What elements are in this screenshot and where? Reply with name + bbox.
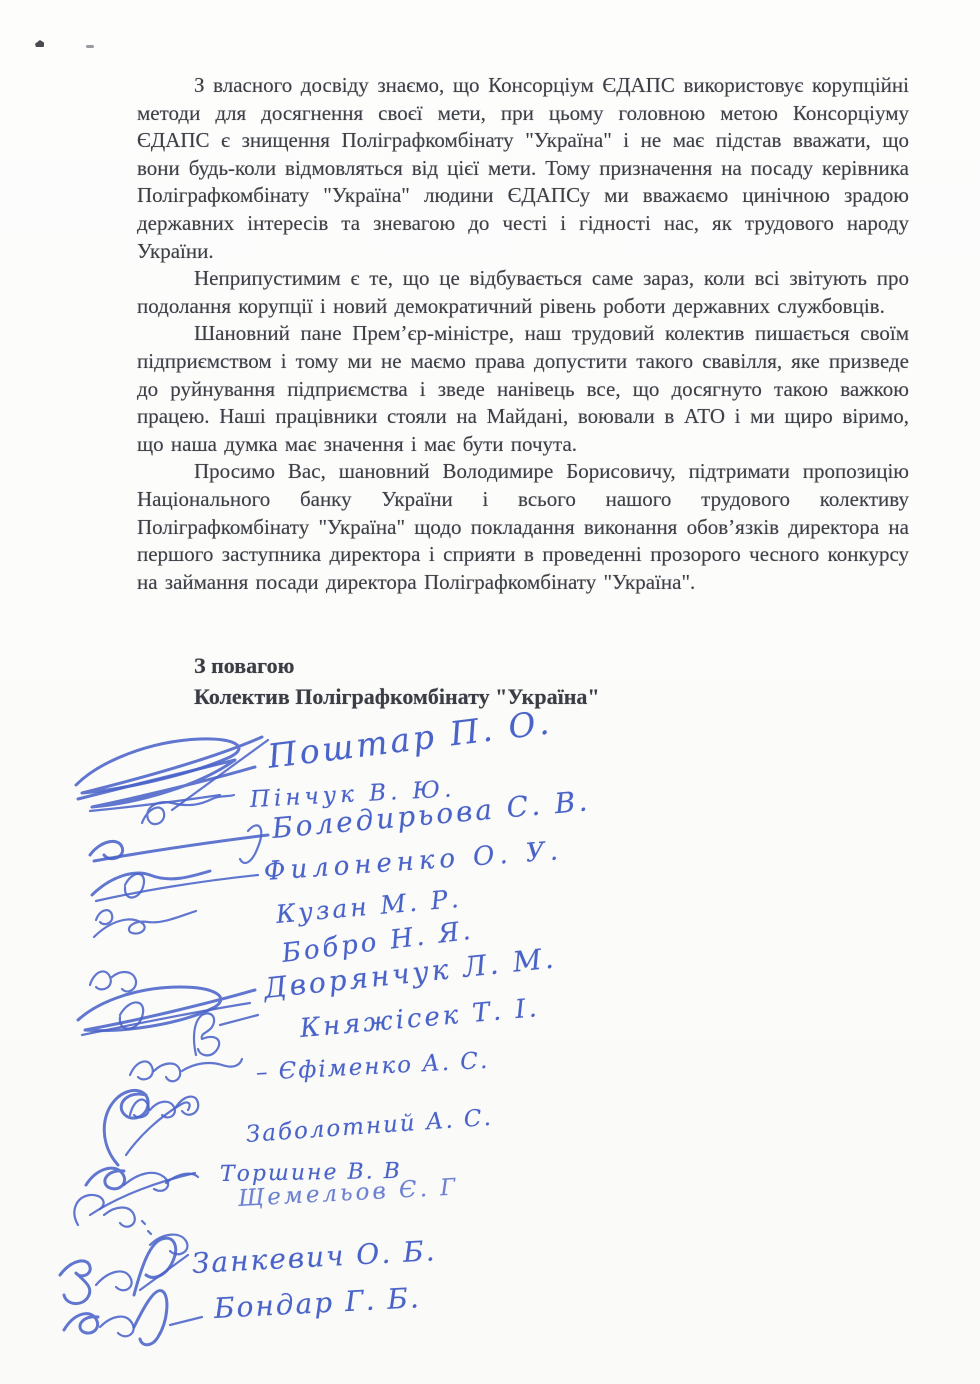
letter-paragraph: З власного досвіду знаємо, що Консорціум… — [137, 72, 909, 265]
signature-flourish — [182, 1059, 242, 1071]
closing-salutation: З повагою — [194, 650, 600, 681]
signature-flourish — [100, 1317, 134, 1337]
signature-flourish — [140, 1255, 188, 1290]
signature-flourish — [194, 1013, 219, 1055]
signature-flourish — [154, 1064, 180, 1082]
signature-flourish — [78, 987, 255, 1031]
signature-flourish — [130, 1061, 153, 1079]
signature-flourish — [142, 1221, 151, 1234]
signature-flourish — [96, 910, 112, 924]
scan-speck — [35, 40, 44, 47]
signature-flourish — [86, 1168, 125, 1189]
signature-flourish — [170, 1317, 202, 1325]
signature-flourish — [96, 1271, 132, 1290]
signature-flourish — [82, 1003, 250, 1035]
signature-flourish — [134, 1291, 167, 1345]
signature-flourish — [78, 760, 255, 807]
signature-flourish — [240, 825, 261, 863]
scanned-letter-page: З власного досвіду знаємо, що Консорціум… — [0, 0, 980, 1384]
signature-flourish — [220, 1015, 258, 1025]
letter-paragraph: Неприпустимим є те, що це відбувається с… — [137, 265, 909, 320]
signature-flourish — [60, 1261, 90, 1304]
letter-paragraph: Просимо Вас, шановний Володимире Борисов… — [137, 458, 909, 596]
signature-flourish — [104, 1208, 135, 1227]
signature-flourish — [134, 1238, 176, 1295]
letter-paragraph: Шановний пане Прем’єр-міністре, наш труд… — [137, 320, 909, 458]
signature-flourish — [112, 972, 136, 991]
signature-flourish — [94, 835, 268, 861]
scan-speck — [86, 45, 94, 48]
signature-flourish — [90, 971, 111, 989]
signature-flourish — [126, 1103, 190, 1155]
signature-flourish — [64, 1314, 98, 1333]
letter-body: З власного досвіду знаємо, що Консорціум… — [137, 72, 909, 596]
